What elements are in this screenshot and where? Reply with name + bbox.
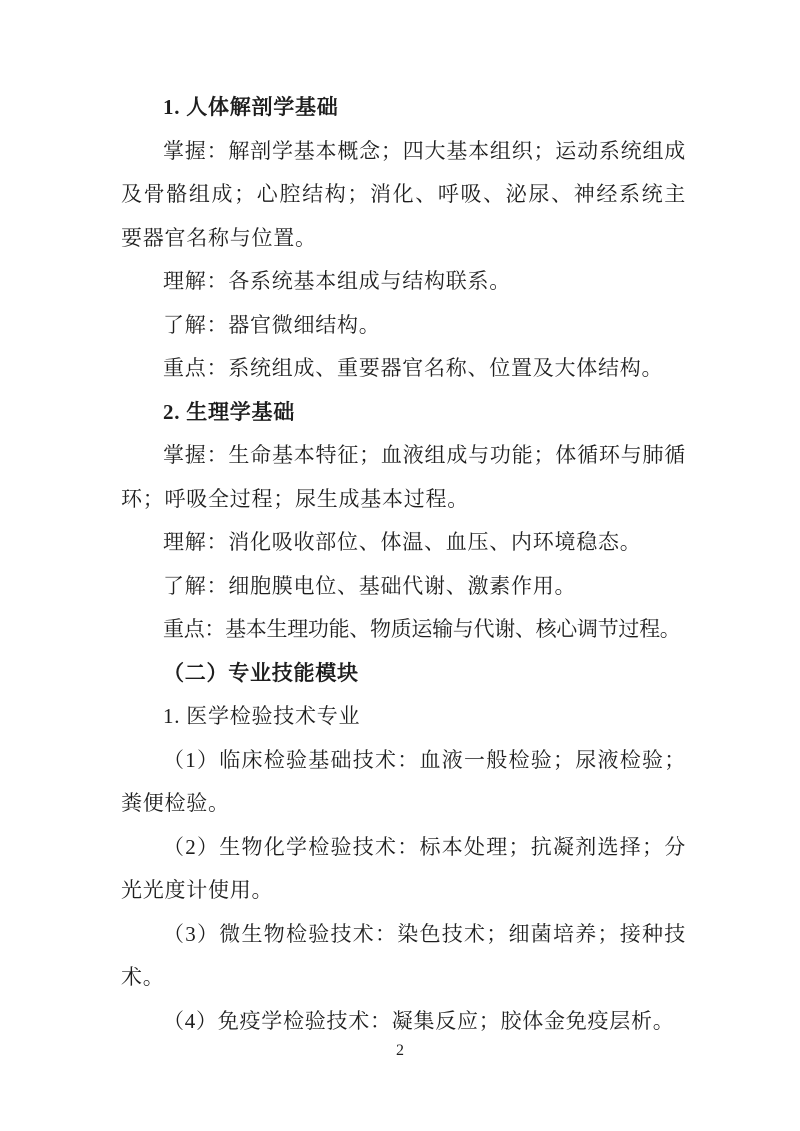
document-body: 1. 人体解剖学基础掌握：解剖学基本概念；四大基本组织；运动系统组成及骨骼组成；…: [121, 86, 686, 1043]
paragraph: 理解：各系统基本组成与结构联系。: [121, 260, 686, 304]
section-heading: 2. 生理学基础: [121, 391, 686, 435]
page-footer: 2: [0, 1041, 800, 1061]
paragraph: 了解：细胞膜电位、基础代谢、激素作用。: [121, 565, 686, 609]
paragraph: 了解：器官微细结构。: [121, 304, 686, 348]
paragraph: 掌握：解剖学基本概念；四大基本组织；运动系统组成及骨骼组成；心腔结构；消化、呼吸…: [121, 130, 686, 261]
page-number: 2: [396, 1042, 404, 1059]
paragraph: （3）微生物检验技术：染色技术；细菌培养；接种技术。: [121, 913, 686, 1000]
paragraph: 理解：消化吸收部位、体温、血压、内环境稳态。: [121, 521, 686, 565]
document-page: 1. 人体解剖学基础掌握：解剖学基本概念；四大基本组织；运动系统组成及骨骼组成；…: [0, 0, 800, 1131]
section-heading: 1. 人体解剖学基础: [121, 86, 686, 130]
paragraph: （1）临床检验基础技术：血液一般检验；尿液检验；粪便检验。: [121, 739, 686, 826]
paragraph: 重点：基本生理功能、物质运输与代谢、核心调节过程。: [121, 608, 686, 652]
paragraph: （2）生物化学检验技术：标本处理；抗凝剂选择；分光光度计使用。: [121, 826, 686, 913]
paragraph: 1. 医学检验技术专业: [121, 695, 686, 739]
paragraph: 重点：系统组成、重要器官名称、位置及大体结构。: [121, 347, 686, 391]
paragraph: 掌握：生命基本特征；血液组成与功能；体循环与肺循环；呼吸全过程；尿生成基本过程。: [121, 434, 686, 521]
paragraph: （4）免疫学检验技术：凝集反应；胶体金免疫层析。: [121, 1000, 686, 1044]
section-heading: （二）专业技能模块: [121, 652, 686, 696]
